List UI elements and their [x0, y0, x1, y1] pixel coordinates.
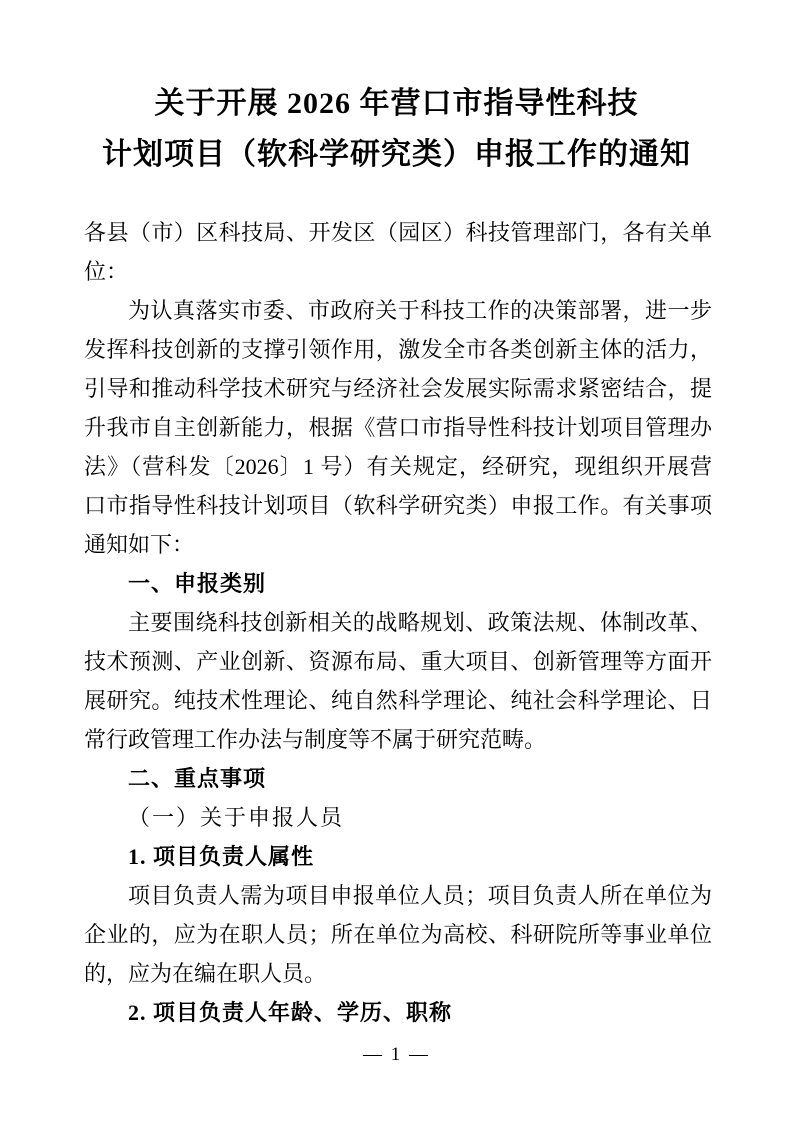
document-title-line1: 关于开展 2026 年营口市指导性科技: [0, 78, 793, 129]
document-title: 关于开展 2026 年营口市指导性科技 计划项目（软科学研究类）申报工作的通知: [0, 78, 793, 180]
document-body: 各县（市）区科技局、开发区（园区）科技管理部门，各有关单 位： 为认真落实市委、…: [84, 213, 712, 1032]
numbered-heading-2: 2. 项目负责人年龄、学历、职称: [84, 993, 712, 1032]
subsection-heading: （一）关于申报人员: [84, 798, 712, 837]
body-line: 技术预测、产业创新、资源布局、重大项目、创新管理等方面开: [84, 642, 712, 681]
body-line: 项目负责人需为项目申报单位人员；项目负责人所在单位为: [84, 876, 712, 915]
body-line: 常行政管理工作办法与制度等不属于研究范畴。: [84, 720, 712, 759]
page-number: — 1 —: [0, 1044, 793, 1066]
document-page: 关于开展 2026 年营口市指导性科技 计划项目（软科学研究类）申报工作的通知 …: [0, 0, 793, 1122]
body-line: 的，应为在编在职人员。: [84, 954, 712, 993]
body-line: 位：: [84, 252, 712, 291]
body-line: 为认真落实市委、市政府关于科技工作的决策部署，进一步: [84, 291, 712, 330]
body-line: 展研究。纯技术性理论、纯自然科学理论、纯社会科学理论、日: [84, 681, 712, 720]
body-line: 法》（营科发〔2026〕1 号）有关规定，经研究，现组织开展营: [84, 447, 712, 486]
body-line: 通知如下：: [84, 525, 712, 564]
body-line: 口市指导性科技计划项目（软科学研究类）申报工作。有关事项: [84, 486, 712, 525]
body-line: 主要围绕科技创新相关的战略规划、政策法规、体制改革、: [84, 603, 712, 642]
body-line: 引导和推动科学技术研究与经济社会发展实际需求紧密结合，提: [84, 369, 712, 408]
body-line: 企业的，应为在职人员；所在单位为高校、科研院所等事业单位: [84, 915, 712, 954]
body-line: 升我市自主创新能力，根据《营口市指导性科技计划项目管理办: [84, 408, 712, 447]
body-line: 各县（市）区科技局、开发区（园区）科技管理部门，各有关单: [84, 213, 712, 252]
body-line: 发挥科技创新的支撑引领作用，激发全市各类创新主体的活力，: [84, 330, 712, 369]
section-heading-2: 二、重点事项: [84, 759, 712, 798]
section-heading-1: 一、申报类别: [84, 564, 712, 603]
document-title-line2: 计划项目（软科学研究类）申报工作的通知: [0, 129, 793, 180]
numbered-heading-1: 1. 项目负责人属性: [84, 837, 712, 876]
